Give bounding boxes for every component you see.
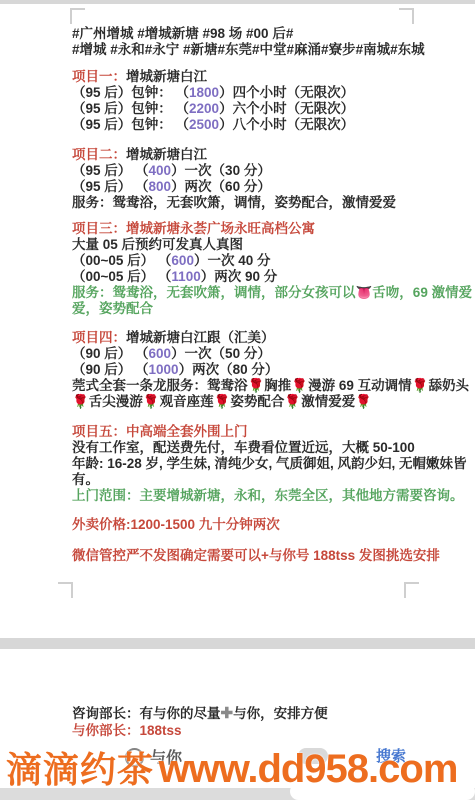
doc-line: （00~05 后） （1100）两次 90 分	[72, 269, 418, 285]
text-segment: 莞式全套一条龙服务：鸳鸯浴🌹胸推🌹漫游 69 互动调情🌹舔奶头	[72, 378, 469, 393]
text-segment: 与你，安排方便	[233, 706, 328, 721]
doc-line: （95 后） （400）一次（30 分）	[72, 163, 418, 179]
doc-line: 项目一：增城新塘白江	[72, 69, 418, 85]
doc-line: 莞式全套一条龙服务：鸳鸯浴🌹胸推🌹漫游 69 互动调情🌹舔奶头	[72, 378, 418, 394]
text-segment: #增城 #永和#永宁 #新塘#东莞#中堂#麻涌#寮步#南城#东城	[72, 42, 425, 57]
text-segment: （95 后） （	[72, 163, 149, 178]
text-segment: ）一次（30 分）	[171, 163, 271, 178]
doc-line: 微信管控严不发图确定需要可以+与你号 188tss 发图挑选安排	[72, 548, 418, 564]
doc-line: （95 后）包钟： （2500）八个小时（无限次）	[72, 117, 418, 133]
page-corner-mark-top-left	[70, 8, 85, 24]
page-corner-mark-bottom-right	[404, 582, 419, 598]
text-segment: （95 后） （	[72, 179, 149, 194]
text-segment: 2500	[189, 117, 219, 132]
text-segment: 1800	[189, 85, 219, 100]
doc-line: 有。	[72, 472, 418, 488]
text-segment: 188tss	[140, 723, 182, 738]
doc-line: 🌹舌尖漫游🌹观音座莲🌹姿势配合🌹激情爱爱🌹	[72, 394, 418, 410]
doc-line: 项目四：增城新塘白江跟（汇美）	[72, 330, 418, 346]
text-segment: 1100	[171, 269, 200, 284]
text-segment: 项目五：中高端全套外围上门	[72, 424, 248, 439]
doc-line: （95 后）包钟： （2200）六个小时（无限次）	[72, 101, 418, 117]
text-segment: （00~05 后） （	[72, 269, 171, 284]
section-tags: #广州增城 #增城新塘 #98 场 #00 后##增城 #永和#永宁 #新塘#东…	[72, 26, 418, 58]
section-project-5: 项目五：中高端全套外围上门没有工作室，配送费先付，车费看位置近远，大概 50-1…	[72, 424, 418, 504]
section-project-1: 项目一：增城新塘白江（95 后）包钟： （1800）四个小时（无限次）（95 后…	[72, 69, 418, 133]
text-segment: ）一次 40 分	[194, 253, 271, 268]
doc-line: 项目二：增城新塘白江	[72, 147, 418, 163]
text-segment: ）一次（50 分）	[171, 346, 271, 361]
text-segment: 增城新塘白江	[126, 147, 207, 162]
text-segment: （90 后） （	[72, 362, 149, 377]
section-price: 外卖价格:1200-1500 九十分钟两次	[72, 517, 418, 533]
text-segment: 与你部长：	[72, 723, 140, 738]
doc-line: 咨询部长：有与你的尽量✚与你，安排方便	[72, 705, 462, 722]
text-segment: 服务：鸳鸯浴，无套吹箫，调情，部分女孩可以👅舌吻，69 激情爱	[72, 285, 472, 300]
text-segment: 增城新塘白江	[126, 69, 207, 84]
text-segment: ）四个小时（无限次）	[219, 85, 354, 100]
text-segment: 600	[149, 346, 172, 361]
text-segment: ✚	[221, 705, 234, 722]
text-segment: （95 后）包钟： （	[72, 101, 189, 116]
section-wechat: 微信管控严不发图确定需要可以+与你号 188tss 发图挑选安排	[72, 548, 418, 564]
text-segment: ）六个小时（无限次）	[219, 101, 354, 116]
text-segment: 微信管控严不发图确定需要可以+与你号 188tss 发图挑选安排	[72, 548, 440, 563]
text-segment: 增城新塘白江跟（汇美）	[126, 330, 275, 345]
text-segment: 服务：鸳鸯浴，无套吹箫，调情，姿势配合，激情爱爱	[72, 195, 396, 210]
section-project-4: 项目四：增城新塘白江跟（汇美）（90 后） （600）一次（50 分）（90 后…	[72, 330, 418, 410]
watermark-brand: 滴滴约茶	[6, 749, 154, 790]
text-segment: 800	[149, 179, 172, 194]
doc-line: 服务：鸳鸯浴，无套吹箫，调情，部分女孩可以👅舌吻，69 激情爱	[72, 285, 418, 301]
doc-line: 项目三：增城新塘永荟广场永旺高档公寓	[72, 221, 418, 237]
text-segment: 大量 05 后预约可发真人真图	[72, 237, 243, 252]
text-segment: 没有工作室，配送费先付，车费看位置近远，大概 50-100	[72, 440, 415, 455]
page-corner-mark-bottom-left	[58, 582, 73, 598]
doc-line: 与你部长：188tss	[72, 722, 462, 739]
doc-line: 没有工作室，配送费先付，车费看位置近远，大概 50-100	[72, 440, 418, 456]
doc-line: （90 后） （1000）两次（80 分）	[72, 362, 418, 378]
doc-line: 年龄: 16-28 岁, 学生妹, 清纯少女, 气质御姐, 风韵少妇, 无帽嫩妹…	[72, 456, 418, 472]
text-segment: ）两次 90 分	[201, 269, 278, 284]
text-segment: 项目一：	[72, 69, 126, 84]
doc-line: #增城 #永和#永宁 #新塘#东莞#中堂#麻涌#寮步#南城#东城	[72, 42, 418, 58]
doc-line: 爱，姿势配合	[72, 301, 418, 317]
section-contact: 咨询部长：有与你的尽量✚与你，安排方便与你部长：188tss	[72, 705, 462, 739]
text-segment: 爱，姿势配合	[72, 301, 153, 316]
doc-line: （95 后）包钟： （1800）四个小时（无限次）	[72, 85, 418, 101]
watermark: 滴滴约茶 www.dd958.com	[6, 742, 457, 793]
doc-line: 上门范围：主要增城新塘，永和，东莞全区，其他地方需要咨询。	[72, 488, 418, 504]
text-segment: 有。	[72, 472, 99, 487]
text-segment: 项目三：增城新塘永荟广场永旺高档公寓	[72, 221, 315, 236]
text-segment: 上门范围：主要增城新塘，永和，东莞全区，其他地方需要咨询。	[72, 488, 464, 503]
text-segment: 🌹舌尖漫游🌹观音座莲🌹姿势配合🌹激情爱爱🌹	[72, 394, 372, 409]
page-corner-mark-top-right	[399, 8, 414, 24]
text-segment: #广州增城 #增城新塘 #98 场 #00 后#	[72, 26, 293, 41]
text-segment: 2200	[189, 101, 219, 116]
doc-line: #广州增城 #增城新塘 #98 场 #00 后#	[72, 26, 418, 42]
document-body: #广州增城 #增城新塘 #98 场 #00 后##增城 #永和#永宁 #新塘#东…	[72, 26, 418, 564]
text-segment: 项目四：	[72, 330, 126, 345]
text-segment: 咨询部长：有与你的尽量	[72, 706, 221, 721]
text-segment: 400	[149, 163, 172, 178]
text-segment: 1000	[149, 362, 179, 377]
text-segment: 外卖价格:1200-1500 九十分钟两次	[72, 517, 280, 532]
text-segment: 600	[171, 253, 194, 268]
text-segment: （95 后）包钟： （	[72, 117, 189, 132]
doc-line: （90 后） （600）一次（50 分）	[72, 346, 418, 362]
doc-line: 项目五：中高端全套外围上门	[72, 424, 418, 440]
text-segment: 年龄: 16-28 岁, 学生妹, 清纯少女, 气质御姐, 风韵少妇, 无帽嫩妹…	[72, 456, 467, 471]
text-segment: ）八个小时（无限次）	[219, 117, 354, 132]
text-segment: ）两次（60 分）	[171, 179, 271, 194]
contact-footer: 咨询部长：有与你的尽量✚与你，安排方便与你部长：188tss	[72, 705, 462, 739]
watermark-url: www.dd958.com	[158, 747, 457, 791]
text-segment: （90 后） （	[72, 346, 149, 361]
text-segment: 项目二：	[72, 147, 126, 162]
text-segment: （95 后）包钟： （	[72, 85, 189, 100]
text-segment: （00~05 后） （	[72, 253, 171, 268]
section-project-3: 项目三：增城新塘永荟广场永旺高档公寓大量 05 后预约可发真人真图（00~05 …	[72, 221, 418, 317]
doc-line: 外卖价格:1200-1500 九十分钟两次	[72, 517, 418, 533]
doc-line: 服务：鸳鸯浴，无套吹箫，调情，姿势配合，激情爱爱	[72, 195, 418, 211]
text-segment: ）两次（80 分）	[179, 362, 279, 377]
doc-line: 大量 05 后预约可发真人真图	[72, 237, 418, 253]
section-project-2: 项目二：增城新塘白江（95 后） （400）一次（30 分）（95 后） （80…	[72, 147, 418, 211]
doc-line: （00~05 后） （600）一次 40 分	[72, 253, 418, 269]
doc-line: （95 后） （800）两次（60 分）	[72, 179, 418, 195]
screenshot-root: #广州增城 #增城新塘 #98 场 #00 后##增城 #永和#永宁 #新塘#东…	[0, 0, 475, 800]
